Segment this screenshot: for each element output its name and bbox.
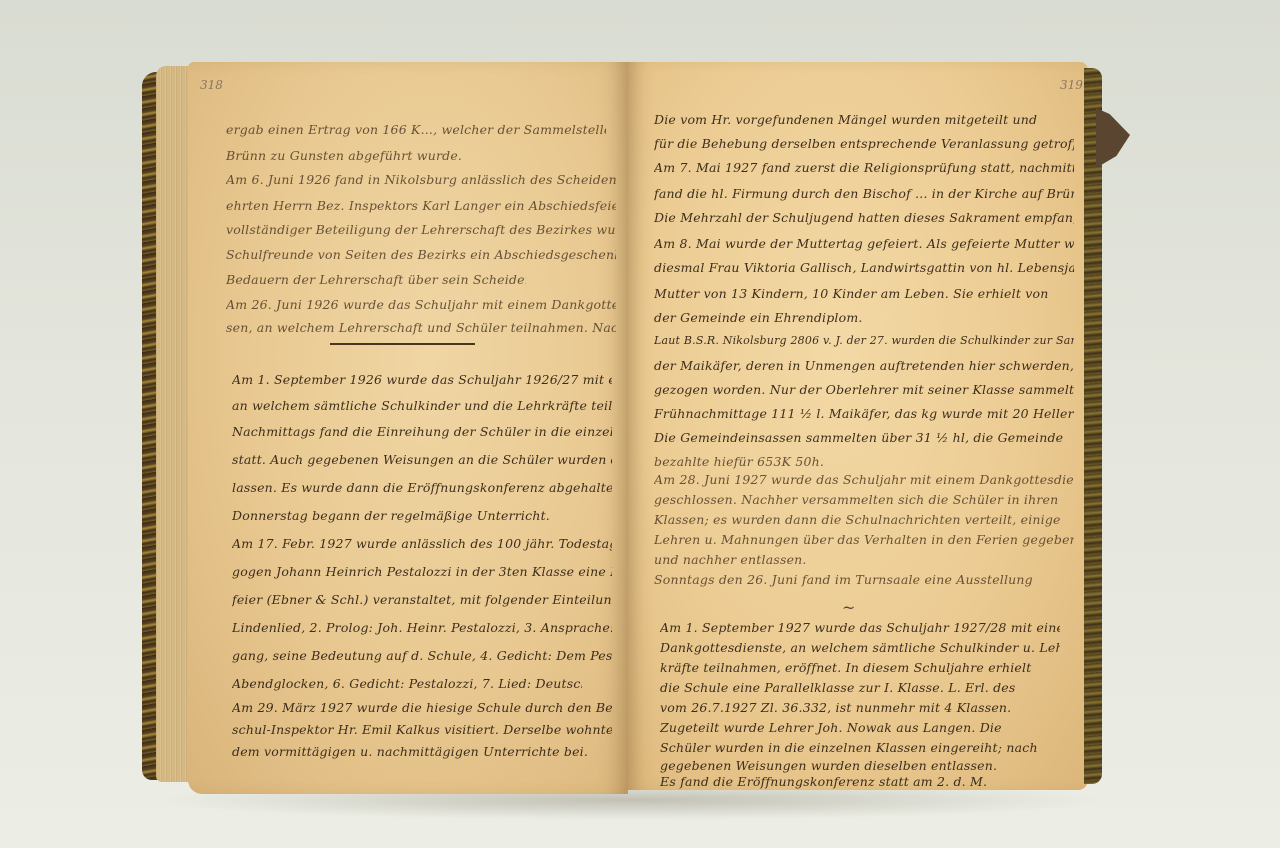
text-line: die Schule eine Parallelklasse zur I. Kl… <box>660 680 1060 695</box>
text-line: kräfte teilnahmen, eröffnet. In diesem S… <box>660 660 1060 675</box>
text-line: Zugeteilt wurde Lehrer Joh. Nowak aus La… <box>660 720 1060 735</box>
text-line: geschlossen. Nachher versammelten sich d… <box>654 492 1074 507</box>
text-line: vollständiger Beteiligung der Lehrerscha… <box>226 222 616 237</box>
text-line: Schüler wurden in die einzelnen Klassen … <box>660 740 1060 755</box>
text-line: gang, seine Bedeutung auf d. Schule, 4. … <box>232 648 612 663</box>
text-line: der Maikäfer, deren in Unmengen auftrete… <box>654 358 1074 373</box>
page-number-left: 318 <box>200 78 223 92</box>
text-line: Am 6. Juni 1926 fand in Nikolsburg anläs… <box>226 172 616 187</box>
text-line: sen, an welchem Lehrerschaft und Schüler… <box>226 320 616 335</box>
text-line: Es fand die Eröffnungskonferenz statt am… <box>660 774 1060 789</box>
text-line: vom 26.7.1927 Zl. 36.332, ist nunmehr mi… <box>660 700 1060 715</box>
text-line: Lehren u. Mahnungen über das Verhalten i… <box>654 532 1074 547</box>
text-line: Am 28. Juni 1927 wurde das Schuljahr mit… <box>654 472 1074 487</box>
text-line: Mutter von 13 Kindern, 10 Kinder am Lebe… <box>654 286 1074 301</box>
text-line: Donnerstag begann der regelmäßige Unterr… <box>232 508 552 523</box>
text-line: Lindenlied, 2. Prolog: Joh. Heinr. Pesta… <box>232 620 612 635</box>
text-line: ergab einen Ertrag von 166 K..., welcher… <box>226 122 606 137</box>
text-line: Abendglocken, 6. Gedicht: Pestalozzi, 7.… <box>232 676 582 691</box>
text-line: Die Mehrzahl der Schuljugend hatten dies… <box>654 210 1074 225</box>
text-line: Am 26. Juni 1926 wurde das Schuljahr mit… <box>226 297 616 312</box>
page-number-right: 319 <box>1060 78 1083 92</box>
text-line: Klassen; es wurden dann die Schulnachric… <box>654 512 1074 527</box>
text-line: Am 17. Febr. 1927 wurde anlässlich des 1… <box>232 536 612 551</box>
text-line: Nachmittags fand die Einreihung der Schü… <box>232 424 612 439</box>
text-line: Am 29. März 1927 wurde die hiesige Schul… <box>232 700 612 715</box>
text-line: Schulfreunde von Seiten des Bezirks ein … <box>226 247 616 262</box>
text-line: feier (Ebner & Schl.) veranstaltet, mit … <box>232 592 612 607</box>
text-line: statt. Auch gegebenen Weisungen an die S… <box>232 452 612 467</box>
text-line: Am 1. September 1927 wurde das Schuljahr… <box>660 620 1060 635</box>
text-line: bezahlte hiefür 653K 50h. <box>654 454 954 469</box>
book-cover-right <box>1084 68 1102 784</box>
text-line: Brünn zu Gunsten abgeführt wurde. <box>226 148 606 163</box>
text-line: und nachher entlassen. <box>654 552 854 567</box>
text-line: fand die hl. Firmung durch den Bischof .… <box>654 186 1074 201</box>
text-line: für die Behebung derselben entsprechende… <box>654 136 1074 151</box>
text-line: dem vormittägigen u. nachmittägigen Unte… <box>232 744 612 759</box>
text-line: gogen Johann Heinrich Pestalozzi in der … <box>232 564 612 579</box>
text-line: Am 8. Mai wurde der Muttertag gefeiert. … <box>654 236 1074 251</box>
text-line: diesmal Frau Viktoria Gallisch, Landwirt… <box>654 260 1074 275</box>
text-line: an welchem sämtliche Schulkinder und die… <box>232 398 612 413</box>
text-line: Die vom Hr. vorgefundenen Mängel wurden … <box>654 112 1054 127</box>
text-line: Dankgottesdienste, an welchem sämtliche … <box>660 640 1060 655</box>
text-line: Frühnachmittage 111 ½ l. Maikäfer, das k… <box>654 406 1074 421</box>
section-divider-right: ~ <box>842 598 855 617</box>
text-line: lassen. Es wurde dann die Eröffnungskonf… <box>232 480 612 495</box>
text-line: Laut B.S.R. Nikolsburg 2806 v. J. der 27… <box>654 334 1074 347</box>
text-line: gezogen worden. Nur der Oberlehrer mit s… <box>654 382 1074 397</box>
text-line: schul-Inspektor Hr. Emil Kalkus visitier… <box>232 722 612 737</box>
text-line: Sonntags den 26. Juni fand im Turnsaale … <box>654 572 1054 587</box>
text-line: Bedauern der Lehrerschaft über sein Sche… <box>226 272 526 287</box>
text-line: Am 1. September 1926 wurde das Schuljahr… <box>232 372 612 387</box>
section-divider-left <box>330 343 475 345</box>
text-line: ehrten Herrn Bez. Inspektors Karl Langer… <box>226 198 616 213</box>
text-line: Am 7. Mai 1927 fand zuerst die Religions… <box>654 160 1074 175</box>
text-line: der Gemeinde ein Ehrendiplom. <box>654 310 904 325</box>
torn-spine-fragment <box>1096 108 1130 168</box>
text-line: gegebenen Weisungen wurden dieselben ent… <box>660 758 1060 773</box>
text-line: Die Gemeindeinsassen sammelten über 31 ½… <box>654 430 1074 445</box>
